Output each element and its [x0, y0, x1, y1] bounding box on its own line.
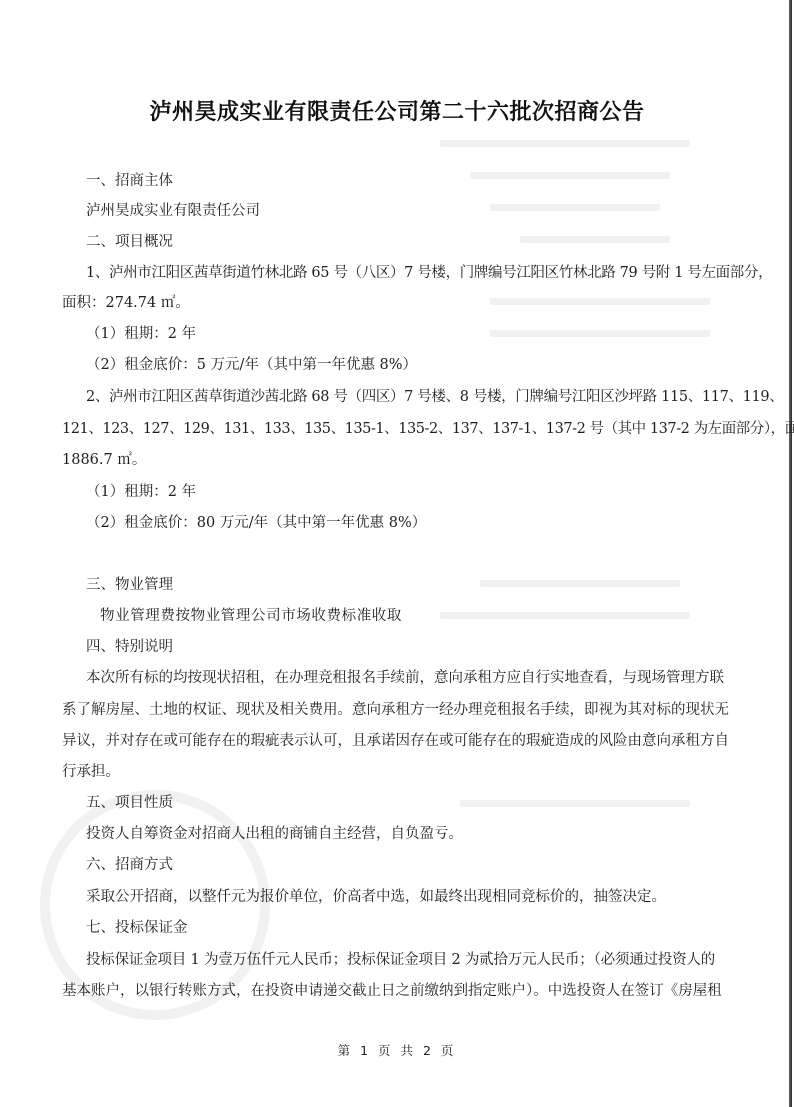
show-through-text	[490, 330, 710, 337]
show-through-text	[490, 298, 710, 305]
item1-address: 1、泸州市江阳区茜草街道竹林北路 65 号（八区）7 号楼，门牌编号江阳区竹林北…	[86, 264, 772, 282]
section-heading-overview: 二、项目概况	[86, 233, 173, 251]
item2-address: 2、泸州市江阳区茜草街道沙茜北路 68 号（四区）7 号楼、8 号楼，门牌编号江…	[86, 388, 783, 406]
page-number: 第 1 页 共 2 页	[0, 1041, 794, 1059]
document-page: 泸州昊成实业有限责任公司第二十六批次招商公告 一、招商主体 泸州昊成实业有限责任…	[0, 0, 794, 1107]
special-notes-line: 系了解房屋、土地的权证、现状及相关费用。意向承租方一经办理竞租报名手续，即视为其…	[62, 701, 729, 719]
item2-area: 1886.7 ㎡。	[62, 451, 146, 469]
show-through-text	[470, 172, 670, 179]
show-through-text	[440, 140, 690, 147]
item2-lease-term: （1）租期：2 年	[86, 483, 196, 501]
show-through-text	[520, 236, 670, 243]
item1-lease-term: （1）租期：2 年	[86, 325, 196, 343]
show-through-text	[460, 800, 690, 807]
special-notes-line: 本次所有标的均按现状招租，在办理竞租报名手续前，意向承租方应自行实地查看，与现场…	[86, 669, 724, 687]
item1-base-rent: （2）租金底价：5 万元/年（其中第一年优惠 8%）	[86, 356, 417, 374]
section-heading-method: 六、招商方式	[86, 856, 173, 874]
item2-base-rent: （2）租金底价：80 万元/年（其中第一年优惠 8%）	[86, 514, 426, 532]
special-notes-line: 行承担。	[62, 763, 120, 781]
section-heading-subject: 一、招商主体	[86, 172, 173, 190]
scan-border-line	[789, 0, 792, 1107]
project-nature-text: 投资人自筹资金对招商人出租的商铺自主经营，自负盈亏。	[86, 825, 463, 843]
item1-area: 面积：274.74 ㎡。	[62, 294, 190, 312]
company-name: 泸州昊成实业有限责任公司	[86, 202, 260, 220]
section-heading-deposit: 七、投标保证金	[86, 919, 188, 937]
method-text: 采取公开招商，以整仟元为报价单位，价高者中选，如最终出现相同竞标价的，抽签决定。	[86, 888, 666, 906]
section-heading-special-notes: 四、特别说明	[86, 638, 173, 656]
section-heading-property-mgmt: 三、物业管理	[86, 576, 173, 594]
show-through-text	[480, 580, 680, 587]
document-title: 泸州昊成实业有限责任公司第二十六批次招商公告	[0, 95, 794, 126]
special-notes-line: 异议，并对存在或可能存在的瑕疵表示认可，且承诺因存在或可能存在的瑕疵造成的风险由…	[62, 732, 729, 750]
deposit-text-line: 基本账户，以银行转账方式，在投资申请递交截止日之前缴纳到指定账户）。中选投资人在…	[62, 982, 722, 1000]
show-through-text	[490, 204, 660, 211]
deposit-text-line: 投标保证金项目 1 为壹万伍仟元人民币；投标保证金项目 2 为贰拾万元人民币；（…	[86, 951, 715, 969]
section-heading-project-nature: 五、项目性质	[86, 794, 173, 812]
show-through-text	[440, 612, 690, 619]
property-mgmt-text: 物业管理费按物业管理公司市场收费标准收取	[100, 607, 402, 625]
item2-address-cont: 121、123、127、129、131、133、135、135-1、135-2、…	[62, 420, 794, 438]
